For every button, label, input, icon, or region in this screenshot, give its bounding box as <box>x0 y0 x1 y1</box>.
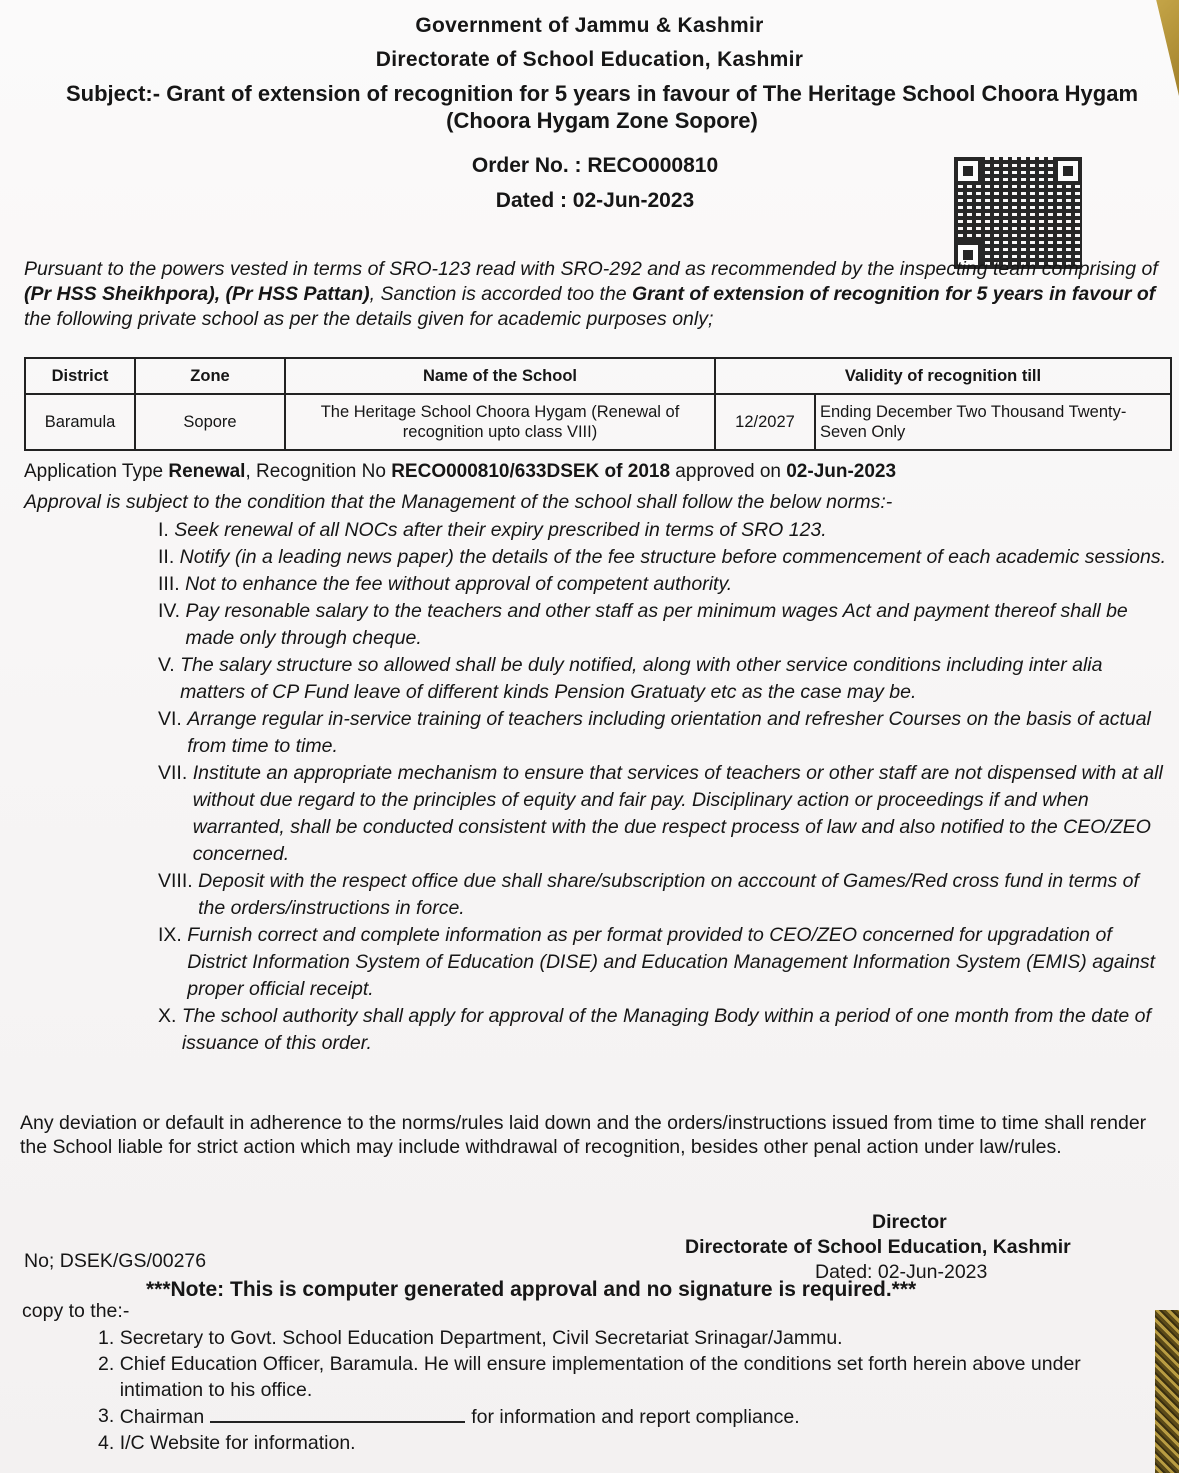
chairman-blank-line <box>210 1403 465 1423</box>
grant-phrase: Grant of extension of recognition for 5 … <box>632 283 1155 305</box>
government-heading: Government of Jammu & Kashmir <box>0 14 1179 38</box>
norm-text: Seek renewal of all NOCs after their exp… <box>174 517 1168 544</box>
inspecting-team: (Pr HSS Sheikhpora), (Pr HSS Pattan) <box>24 283 370 305</box>
list-item: I. Seek renewal of all NOCs after their … <box>158 517 1168 544</box>
list-item: 3. Chairmanfor information and report co… <box>98 1403 1108 1430</box>
background-surface-bottom <box>1155 1310 1179 1473</box>
app-label: approved on <box>670 461 786 482</box>
app-label: , Recognition No <box>245 461 391 482</box>
cell-district: Baramula <box>25 394 135 450</box>
norm-text: Notify (in a leading news paper) the det… <box>180 544 1168 571</box>
copy-text: I/C Website for information. <box>120 1430 1108 1456</box>
norm-number: I. <box>158 517 174 544</box>
chairman-label: Chairman <box>120 1406 205 1428</box>
norm-number: III. <box>158 571 185 598</box>
qr-finder-icon <box>1054 157 1082 185</box>
intro-text: Pursuant to the powers vested in terms o… <box>24 258 1158 280</box>
subject-line: Subject:- Grant of extension of recognit… <box>62 80 1142 134</box>
copy-number: 1. <box>98 1325 120 1351</box>
norm-number: IV. <box>158 598 185 652</box>
order-document: Government of Jammu & Kashmir Directorat… <box>0 0 1179 1473</box>
qr-code-icon[interactable] <box>954 157 1082 269</box>
copy-number: 4. <box>98 1430 120 1456</box>
cell-validity-date: 12/2027 <box>715 394 815 450</box>
copy-to-label: copy to the:- <box>22 1300 129 1323</box>
norm-number: X. <box>158 1003 182 1057</box>
norm-text: The salary structure so allowed shall be… <box>180 652 1168 706</box>
deviation-clause: Any deviation or default in adherence to… <box>20 1111 1170 1159</box>
norm-text: Furnish correct and complete information… <box>187 922 1168 1003</box>
column-header-validity: Validity of recognition till <box>715 358 1171 394</box>
list-item: VIII. Deposit with the respect office du… <box>158 868 1168 922</box>
cell-validity-words: Ending December Two Thousand Twenty-Seve… <box>815 394 1171 450</box>
norm-text: Deposit with the respect office due shal… <box>198 868 1168 922</box>
list-item: IV. Pay resonable salary to the teachers… <box>158 598 1168 652</box>
approved-date: 02-Jun-2023 <box>786 461 896 482</box>
copy-text: Chief Education Officer, Baramula. He wi… <box>120 1351 1108 1403</box>
norm-text: Arrange regular in-service training of t… <box>187 706 1168 760</box>
column-header-zone: Zone <box>135 358 285 394</box>
norm-text: The school authority shall apply for app… <box>182 1003 1168 1057</box>
cell-zone: Sopore <box>135 394 285 450</box>
signatory-title: Director <box>872 1211 947 1234</box>
cell-school: The Heritage School Choora Hygam (Renewa… <box>285 394 715 450</box>
copy-text: Chairmanfor information and report compl… <box>120 1403 1108 1430</box>
qr-finder-icon <box>954 157 982 185</box>
copy-number: 3. <box>98 1403 120 1430</box>
approval-condition: Approval is subject to the condition tha… <box>24 491 892 514</box>
norm-number: II. <box>158 544 180 571</box>
table-row: Baramula Sopore The Heritage School Choo… <box>25 394 1171 450</box>
norm-number: V. <box>158 652 180 706</box>
recognition-number: RECO000810/633DSEK of 2018 <box>391 461 670 482</box>
norm-text: Not to enhance the fee without approval … <box>185 571 1168 598</box>
app-label: Application Type <box>24 461 168 482</box>
copy-number: 2. <box>98 1351 120 1403</box>
norm-number: IX. <box>158 922 187 1003</box>
column-header-district: District <box>25 358 135 394</box>
signatory-organization: Directorate of School Education, Kashmir <box>685 1236 1071 1259</box>
copy-text-after: for information and report compliance. <box>471 1406 799 1428</box>
list-item: 4. I/C Website for information. <box>98 1430 1108 1456</box>
norm-number: VI. <box>158 706 187 760</box>
list-item: IX. Furnish correct and complete informa… <box>158 922 1168 1003</box>
list-item: 2. Chief Education Officer, Baramula. He… <box>98 1351 1108 1403</box>
norm-text: Pay resonable salary to the teachers and… <box>185 598 1168 652</box>
intro-text: the following private school as per the … <box>24 308 713 330</box>
recognition-table: District Zone Name of the School Validit… <box>24 357 1172 451</box>
computer-generated-note: ***Note: This is computer generated appr… <box>146 1278 916 1302</box>
column-header-school: Name of the School <box>285 358 715 394</box>
list-item: VII. Institute an appropriate mechanism … <box>158 760 1168 868</box>
norm-number: VII. <box>158 760 193 868</box>
list-item: 1. Secretary to Govt. School Education D… <box>98 1325 1108 1351</box>
copy-text: Secretary to Govt. School Education Depa… <box>120 1325 1108 1351</box>
list-item: X. The school authority shall apply for … <box>158 1003 1168 1057</box>
reference-number: No; DSEK/GS/00276 <box>24 1250 206 1273</box>
list-item: V. The salary structure so allowed shall… <box>158 652 1168 706</box>
list-item: II. Notify (in a leading news paper) the… <box>158 544 1168 571</box>
list-item: III. Not to enhance the fee without appr… <box>158 571 1168 598</box>
directorate-heading: Directorate of School Education, Kashmir <box>0 48 1179 72</box>
norm-number: VIII. <box>158 868 198 922</box>
list-item: VI. Arrange regular in-service training … <box>158 706 1168 760</box>
norms-list: I. Seek renewal of all NOCs after their … <box>158 517 1168 1057</box>
application-line: Application Type Renewal, Recognition No… <box>24 461 896 483</box>
table-header-row: District Zone Name of the School Validit… <box>25 358 1171 394</box>
norm-text: Institute an appropriate mechanism to en… <box>193 760 1168 868</box>
intro-text: , Sanction is accorded too the <box>370 283 632 305</box>
intro-paragraph: Pursuant to the powers vested in terms o… <box>24 257 1169 332</box>
application-type: Renewal <box>168 461 245 482</box>
copy-to-list: 1. Secretary to Govt. School Education D… <box>98 1325 1108 1456</box>
